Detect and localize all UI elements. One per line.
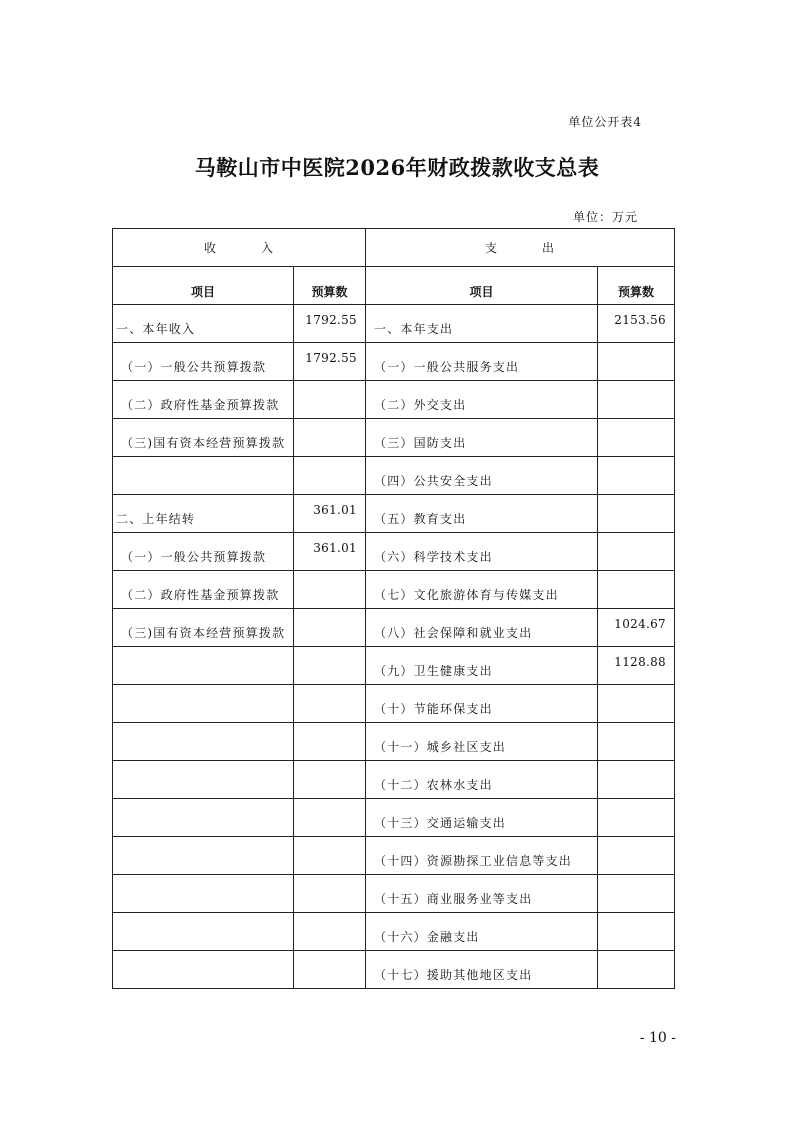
income-item-cell (113, 761, 294, 799)
income-amount-cell (294, 799, 366, 837)
expense-item-cell-text: （十五）商业服务业等支出 (374, 890, 532, 907)
income-amount-cell (294, 837, 366, 875)
income-item-cell (113, 913, 294, 951)
income-section-header: 收入 (113, 229, 366, 267)
expense-item-cell: 一、本年支出 (366, 305, 598, 343)
table-row: （十四）资源勘探工业信息等支出 (113, 837, 675, 875)
column-header-row: 项目 预算数 项目 预算数 (113, 267, 675, 305)
income-item-cell: （一）一般公共预算拨款 (113, 343, 294, 381)
income-amount-cell (294, 875, 366, 913)
expense-amount-cell (598, 495, 675, 533)
expense-item-cell-text: （一）一般公共服务支出 (374, 358, 519, 375)
income-item-cell-text: （二）政府性基金预算拨款 (121, 586, 279, 603)
unit-label: 单位：万元 (573, 208, 638, 225)
expense-item-cell: （七）文化旅游体育与传媒支出 (366, 571, 598, 609)
expense-item-cell-text: （四）公共安全支出 (374, 472, 493, 489)
income-item-cell: 二、上年结转 (113, 495, 294, 533)
expense-amount-cell (598, 761, 675, 799)
table-row: （十二）农林水支出 (113, 761, 675, 799)
expense-amount-cell (598, 723, 675, 761)
income-item-header: 项目 (113, 267, 294, 305)
income-item-header-label: 项目 (113, 283, 293, 304)
expense-item-cell-text: （十七）援助其他地区支出 (374, 966, 532, 983)
page-number: - 10 - (640, 1030, 676, 1046)
income-item-cell (113, 837, 294, 875)
income-amount-cell-text: 361.01 (313, 503, 357, 517)
expense-item-cell-text: （十）节能环保支出 (374, 700, 493, 717)
income-item-cell-text: （一）一般公共预算拨款 (121, 358, 266, 375)
expense-amount-cell (598, 951, 675, 989)
expense-item-cell: （九）卫生健康支出 (366, 647, 598, 685)
income-amount-cell (294, 723, 366, 761)
expense-item-cell: （十四）资源勘探工业信息等支出 (366, 837, 598, 875)
expense-item-cell: （六）科学技术支出 (366, 533, 598, 571)
expense-item-cell-text: （十三）交通运输支出 (374, 814, 506, 831)
table-row: （三)国有资本经营预算拨款（八）社会保障和就业支出1024.67 (113, 609, 675, 647)
expense-item-cell: （十五）商业服务业等支出 (366, 875, 598, 913)
income-item-cell: 一、本年收入 (113, 305, 294, 343)
income-item-cell: （二）政府性基金预算拨款 (113, 571, 294, 609)
expense-item-header-label: 项目 (366, 283, 597, 304)
income-amount-header-label: 预算数 (294, 283, 365, 304)
budget-table: 收入 支出 项目 预算数 项目 预算数 一、本年收入1792.55一、本年支出2… (112, 228, 675, 989)
expense-amount-cell (598, 571, 675, 609)
expense-amount-cell (598, 799, 675, 837)
expense-amount-cell (598, 533, 675, 571)
expense-item-cell: （十三）交通运输支出 (366, 799, 598, 837)
income-item-cell: （三)国有资本经营预算拨款 (113, 419, 294, 457)
expense-item-cell: （十）节能环保支出 (366, 685, 598, 723)
income-amount-cell (294, 647, 366, 685)
table-row: 二、上年结转361.01（五）教育支出 (113, 495, 675, 533)
expense-item-cell-text: （十二）农林水支出 (374, 776, 493, 793)
income-amount-cell: 361.01 (294, 495, 366, 533)
table-row: 一、本年收入1792.55一、本年支出2153.56 (113, 305, 675, 343)
expense-item-header: 项目 (366, 267, 598, 305)
expense-item-cell: （一）一般公共服务支出 (366, 343, 598, 381)
expense-item-cell: （十六）金融支出 (366, 913, 598, 951)
expense-amount-cell-text: 1024.67 (614, 617, 666, 631)
expense-amount-cell: 2153.56 (598, 305, 675, 343)
income-item-cell (113, 799, 294, 837)
income-amount-cell: 1792.55 (294, 305, 366, 343)
page-title: 马鞍山市中医院2026年财政拨款收支总表 (0, 152, 794, 182)
table-row: （十一）城乡社区支出 (113, 723, 675, 761)
expense-item-cell-text: （九）卫生健康支出 (374, 662, 493, 679)
expense-amount-cell: 1024.67 (598, 609, 675, 647)
income-amount-cell (294, 761, 366, 799)
expense-item-cell: （八）社会保障和就业支出 (366, 609, 598, 647)
expense-section-char-2: 出 (542, 241, 555, 255)
expense-section-char-1: 支 (485, 241, 498, 255)
income-amount-cell: 1792.55 (294, 343, 366, 381)
expense-amount-header: 预算数 (598, 267, 675, 305)
income-amount-cell (294, 457, 366, 495)
expense-item-cell-text: （五）教育支出 (374, 510, 466, 527)
income-amount-header: 预算数 (294, 267, 366, 305)
section-header-row: 收入 支出 (113, 229, 675, 267)
income-amount-cell (294, 419, 366, 457)
expense-amount-header-label: 预算数 (598, 283, 674, 304)
table-row: （三)国有资本经营预算拨款（三）国防支出 (113, 419, 675, 457)
expense-item-cell: （四）公共安全支出 (366, 457, 598, 495)
income-item-cell-text: （一）一般公共预算拨款 (121, 548, 266, 565)
expense-amount-cell-text: 1128.88 (614, 655, 666, 669)
table-row: （二）政府性基金预算拨款（七）文化旅游体育与传媒支出 (113, 571, 675, 609)
income-amount-cell (294, 913, 366, 951)
expense-amount-cell (598, 685, 675, 723)
expense-item-cell-text: （二）外交支出 (374, 396, 466, 413)
income-item-cell-text: 二、上年结转 (116, 510, 195, 527)
expense-item-cell-text: （三）国防支出 (374, 434, 466, 451)
income-item-cell: （二）政府性基金预算拨款 (113, 381, 294, 419)
table-row: （十六）金融支出 (113, 913, 675, 951)
expense-item-cell: （十二）农林水支出 (366, 761, 598, 799)
expense-amount-cell (598, 837, 675, 875)
income-amount-cell: 361.01 (294, 533, 366, 571)
income-item-cell (113, 457, 294, 495)
table-row: （四）公共安全支出 (113, 457, 675, 495)
income-item-cell (113, 951, 294, 989)
income-amount-cell (294, 381, 366, 419)
table-row: （二）政府性基金预算拨款（二）外交支出 (113, 381, 675, 419)
expense-amount-cell (598, 875, 675, 913)
table-row: （十五）商业服务业等支出 (113, 875, 675, 913)
income-amount-cell-text: 1792.55 (305, 351, 357, 365)
expense-item-cell-text: （十一）城乡社区支出 (374, 738, 506, 755)
expense-amount-cell (598, 343, 675, 381)
income-amount-cell (294, 609, 366, 647)
income-section-char-2: 入 (261, 241, 274, 255)
income-item-cell-text: 一、本年收入 (116, 320, 195, 337)
expense-item-cell: （三）国防支出 (366, 419, 598, 457)
income-item-cell (113, 875, 294, 913)
expense-amount-cell (598, 419, 675, 457)
income-amount-cell (294, 685, 366, 723)
income-amount-cell-text: 1792.55 (305, 313, 357, 327)
expense-amount-cell (598, 457, 675, 495)
income-amount-cell (294, 951, 366, 989)
income-item-cell: （一）一般公共预算拨款 (113, 533, 294, 571)
income-item-cell-text: （二）政府性基金预算拨款 (121, 396, 279, 413)
table-row: （一）一般公共预算拨款361.01（六）科学技术支出 (113, 533, 675, 571)
income-amount-cell (294, 571, 366, 609)
table-row: （一）一般公共预算拨款1792.55（一）一般公共服务支出 (113, 343, 675, 381)
expense-item-cell-text: （七）文化旅游体育与传媒支出 (374, 586, 559, 603)
expense-amount-cell (598, 381, 675, 419)
expense-amount-cell: 1128.88 (598, 647, 675, 685)
expense-item-cell: （十一）城乡社区支出 (366, 723, 598, 761)
expense-item-cell: （二）外交支出 (366, 381, 598, 419)
expense-amount-cell (598, 913, 675, 951)
expense-item-cell-text: （十四）资源勘探工业信息等支出 (374, 852, 572, 869)
table-row: （十三）交通运输支出 (113, 799, 675, 837)
income-item-cell (113, 723, 294, 761)
income-item-cell-text: （三)国有资本经营预算拨款 (121, 434, 285, 451)
form-id-label: 单位公开表4 (568, 113, 642, 130)
expense-item-cell-text: 一、本年支出 (374, 320, 453, 337)
table-row: （十）节能环保支出 (113, 685, 675, 723)
expense-item-cell-text: （八）社会保障和就业支出 (374, 624, 532, 641)
expense-section-header: 支出 (366, 229, 675, 267)
income-amount-cell-text: 361.01 (313, 541, 357, 555)
table-row: （十七）援助其他地区支出 (113, 951, 675, 989)
expense-amount-cell-text: 2153.56 (614, 313, 666, 327)
income-item-cell: （三)国有资本经营预算拨款 (113, 609, 294, 647)
income-item-cell (113, 647, 294, 685)
expense-item-cell: （十七）援助其他地区支出 (366, 951, 598, 989)
income-section-char-1: 收 (204, 241, 217, 255)
table-row: （九）卫生健康支出1128.88 (113, 647, 675, 685)
income-item-cell-text: （三)国有资本经营预算拨款 (121, 624, 285, 641)
expense-item-cell-text: （十六）金融支出 (374, 928, 480, 945)
expense-item-cell-text: （六）科学技术支出 (374, 548, 493, 565)
income-item-cell (113, 685, 294, 723)
expense-item-cell: （五）教育支出 (366, 495, 598, 533)
